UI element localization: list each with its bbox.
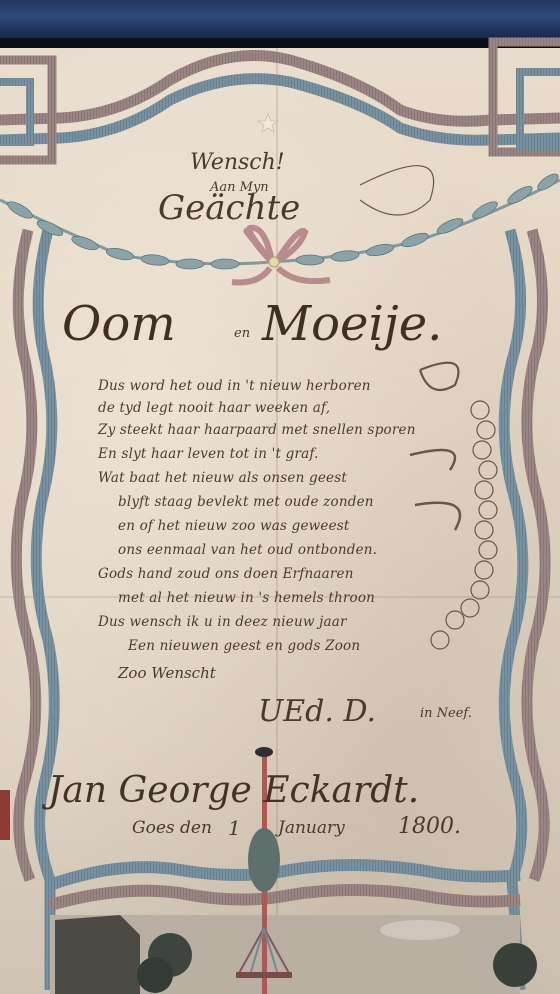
closing-zoo-wenscht: Zoo Wenscht (118, 664, 216, 682)
verse-line: ons eenmaal van het oud ontbonden. (118, 542, 377, 558)
addressee-oom: Oom (62, 296, 176, 352)
top-ribbon (0, 56, 560, 141)
verse-line: Wat baat het nieuw als onsen geest (98, 470, 347, 486)
year: 1800. (398, 814, 461, 839)
month: January (278, 818, 345, 838)
verse-line: Dus wensch ik u in deez nieuw jaar (98, 614, 347, 630)
star-ornament (258, 114, 278, 132)
addressee-moeije: Moeije. (262, 296, 442, 352)
header-geachte: Geächte (158, 188, 300, 228)
corner-ornament-top-left (0, 60, 52, 160)
red-tower-fragment (0, 790, 10, 840)
verse-line: Gods hand zoud ons doen Erfnaaren (98, 566, 354, 582)
header-wensch: Wensch! (190, 150, 285, 175)
initials-ued-d: UEd. D. (258, 694, 376, 729)
verse-line: de tyd legt nooit haar weeken af, (98, 400, 330, 416)
verse-line: blyft staag bevlekt met oude zonden (118, 494, 374, 510)
verse-line: en of het nieuw zoo was geweest (118, 518, 350, 534)
verse-line: En slyt haar leven tot in 't graf. (98, 446, 319, 462)
verse-line: Dus word het oud in 't nieuw herboren (98, 378, 371, 394)
relation-neef: in Neef. (420, 706, 472, 721)
addressee-en: en (234, 326, 250, 341)
verse-line: Een nieuwen geest en gods Zoon (128, 638, 360, 654)
left-ribbon (16, 230, 54, 990)
verse-line: met al het nieuw in 's hemels throon (118, 590, 375, 606)
place: Goes den (132, 818, 212, 838)
house (55, 915, 140, 994)
maypole-wreath (248, 828, 280, 892)
bottom-ribbon (50, 865, 520, 905)
verse-line: Zy steekt haar haarpaard met snellen spo… (98, 422, 416, 438)
signature: Jan George Eckardt. (48, 770, 419, 811)
day: 1 (228, 816, 241, 840)
